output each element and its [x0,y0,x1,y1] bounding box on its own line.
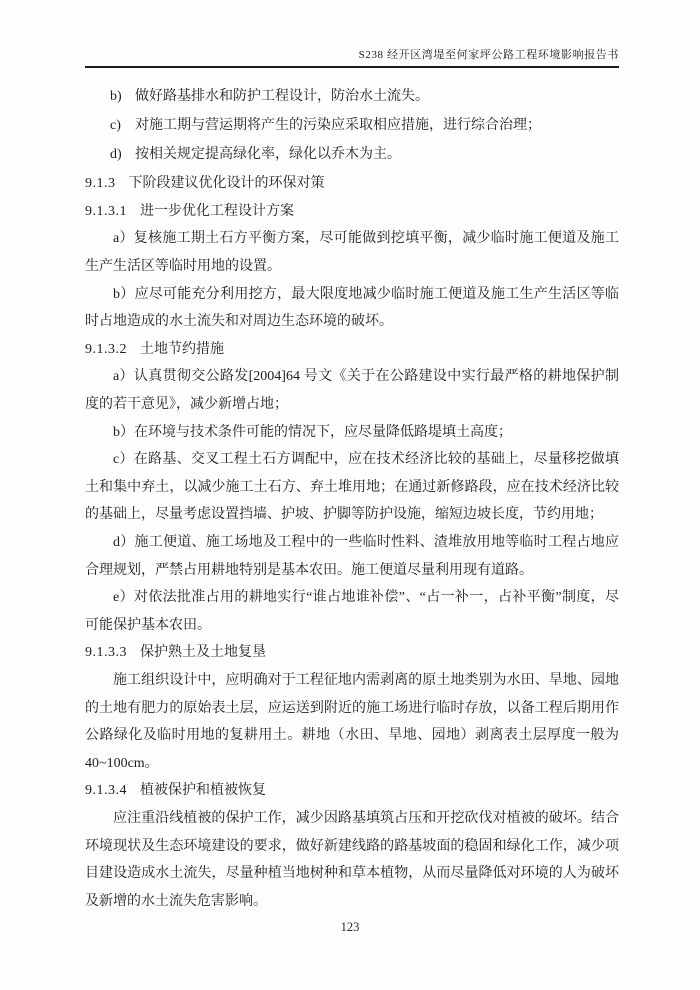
paragraph: c）在路基、交叉工程土石方调配中，应在技术经济比较的基础上，尽量移挖做填土和集中… [85,446,619,529]
paragraph: 应注重沿线植被的保护工作，减少因路基填筑占压和开挖砍伐对植被的破坏。结合环境现状… [85,805,619,915]
section-heading-9-1-3-1: 9.1.3.1进一步优化工程设计方案 [85,198,619,226]
list-item-marker: c) [110,112,121,140]
paragraph: b）应尽可能充分利用挖方，最大限度地减少临时施工便道及施工生产生活区等临时占地造… [85,281,619,336]
paragraph: 施工组织设计中，应明确对于工程征地内需剥离的原土地类别为水田、旱地、园地的土地有… [85,667,619,777]
document-body: b) 做好路基排水和防护工程设计，防治水土流失。 c) 对施工期与营运期将产生的… [85,83,619,915]
section-number: 9.1.3.3 [85,645,127,660]
paragraph: b）在环境与技术条件可能的情况下，应尽量降低路堤填土高度； [85,419,619,447]
list-item-marker: d) [110,141,122,169]
section-heading-9-1-3-2: 9.1.3.2土地节约措施 [85,336,619,364]
section-number: 9.1.3.4 [85,783,127,798]
paragraph: e）对依法批准占用的耕地实行“谁占地谁补偿”、“占一补一，占补平衡”制度，尽可能… [85,584,619,639]
section-title: 下阶段建议优化设计的环保对策 [129,176,325,191]
list-item: b) 做好路基排水和防护工程设计，防治水土流失。 [85,83,619,111]
section-heading-9-1-3: 9.1.3下阶段建议优化设计的环保对策 [85,170,619,198]
document-page: S238 经开区湾堤至何家坪公路工程环境影响报告书 b) 做好路基排水和防护工程… [0,0,700,990]
paragraph: d）施工便道、施工场地及工程中的一些临时性料、渣堆放用地等临时工程占地应合理规划… [85,529,619,584]
list-item-text: 按相关规定提高绿化率，绿化以乔木为主。 [135,147,401,162]
section-heading-9-1-3-4: 9.1.3.4植被保护和植被恢复 [85,777,619,805]
list-item-text: 做好路基排水和防护工程设计，防治水土流失。 [135,89,429,104]
header-title: S238 经开区湾堤至何家坪公路工程环境影响报告书 [359,49,619,61]
paragraph: a）复核施工期土石方平衡方案，尽可能做到挖填平衡，减少临时施工便道及施工生产生活… [85,225,619,280]
section-title: 进一步优化工程设计方案 [140,204,294,219]
section-title: 土地节约措施 [140,342,224,357]
paragraph: a）认真贯彻交公路发[2004]64 号文《关于在公路建设中实行最严格的耕地保护… [85,363,619,418]
section-number: 9.1.3.2 [85,342,127,357]
section-number: 9.1.3.1 [85,204,127,219]
section-title: 保护熟土及土地复垦 [140,645,266,660]
list-item-marker: b) [110,83,122,111]
list-item: c) 对施工期与营运期将产生的污染应采取相应措施，进行综合治理； [85,112,619,140]
section-heading-9-1-3-3: 9.1.3.3保护熟土及土地复垦 [85,639,619,667]
list-item-text: 对施工期与营运期将产生的污染应采取相应措施，进行综合治理； [135,118,541,133]
running-header: S238 经开区湾堤至何家坪公路工程环境影响报告书 [85,46,619,68]
section-number: 9.1.3 [85,176,116,191]
section-title: 植被保护和植被恢复 [140,783,266,798]
list-item: d) 按相关规定提高绿化率，绿化以乔木为主。 [85,141,619,169]
page-number: 123 [0,920,700,935]
